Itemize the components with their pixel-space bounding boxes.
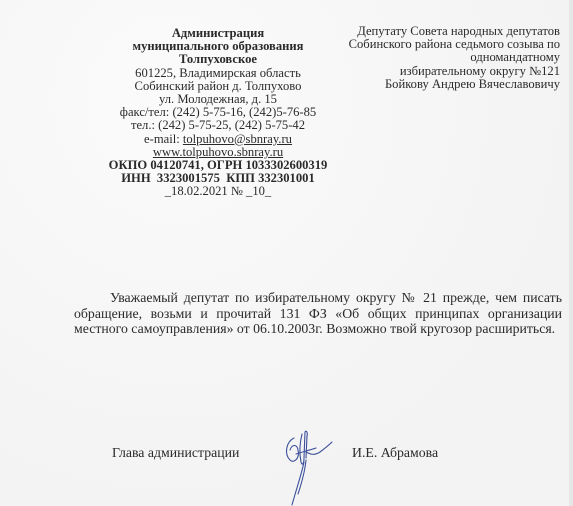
recipient-line5: Бойкову Андрею Вячеславовичу xyxy=(330,78,560,91)
sender-address-line1: 601225, Владимирская область xyxy=(86,67,350,80)
letter-body: Уважаемый депутат по избирательному окру… xyxy=(74,290,562,337)
handwritten-signature-icon xyxy=(280,428,340,506)
recipient-line3: одномандатному xyxy=(330,51,560,64)
letter-page: Администрация муниципального образования… xyxy=(0,0,573,506)
recipient-block: Депутату Совета народных депутатов Собин… xyxy=(330,25,560,91)
sender-website-link[interactable]: www.tolpuhovo.sbnray.ru xyxy=(153,145,283,159)
letter-date-number: _18.02.2021 № _10_ xyxy=(86,185,350,198)
signature-title: Глава администрации xyxy=(112,445,239,461)
sender-email-link[interactable]: tolpuhovo@sbnray.ru xyxy=(183,132,292,146)
sender-letterhead: Администрация муниципального образования… xyxy=(86,27,350,199)
recipient-line4: избирательному округу №121 xyxy=(330,65,560,78)
page-edge-shadow xyxy=(569,0,573,506)
sender-email-label: e-mail: xyxy=(144,132,183,146)
sender-org-line3: Толпуховское xyxy=(86,53,350,66)
signature-name: И.Е. Абрамова xyxy=(352,445,438,461)
